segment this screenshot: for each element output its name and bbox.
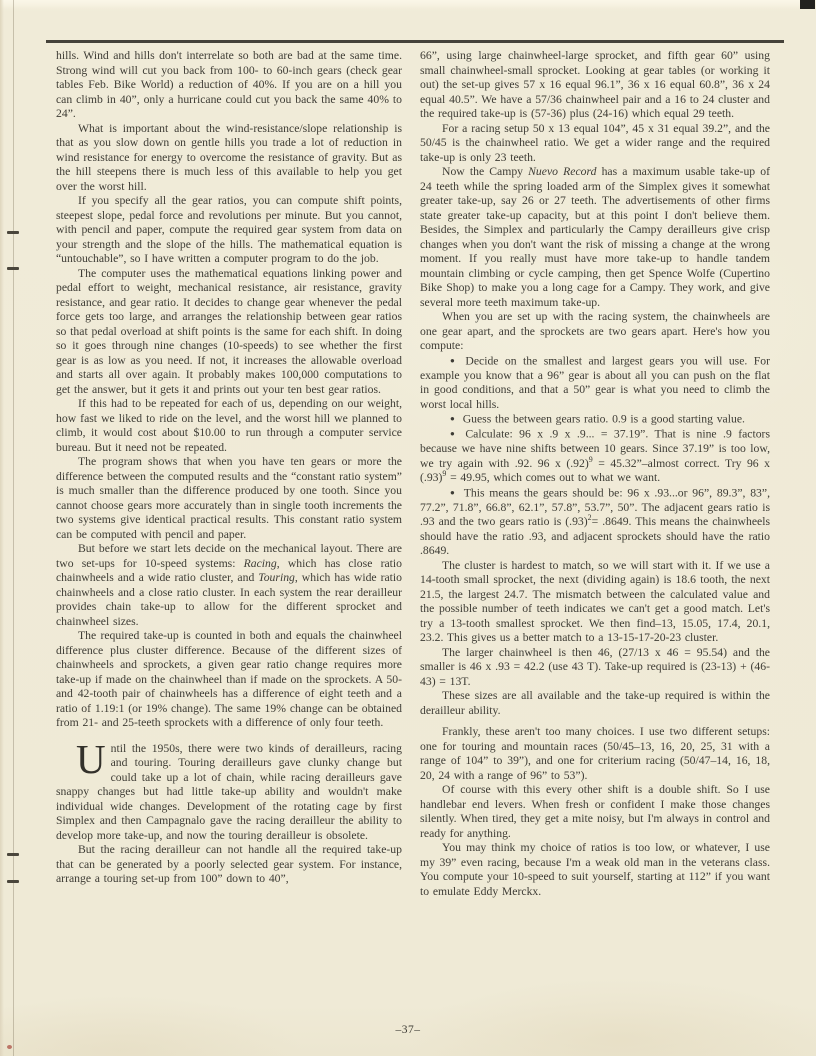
left-column: hills. Wind and hills don't interrelate … bbox=[56, 49, 402, 887]
paragraph: The larger chainwheel is then 46, (27/13… bbox=[420, 646, 770, 690]
paragraph: Until the 1950s, there were two kinds of… bbox=[56, 742, 402, 844]
paragraph: What is important about the wind-resista… bbox=[56, 122, 402, 195]
margin-tick-mark bbox=[7, 267, 19, 270]
margin-tick-mark bbox=[7, 231, 19, 234]
paragraph: For a racing setup 50 x 13 equal 104”, 4… bbox=[420, 122, 770, 166]
scanned-page: hills. Wind and hills don't interrelate … bbox=[0, 0, 816, 1056]
margin-tick-mark bbox=[7, 853, 19, 856]
bullet-icon: ● bbox=[450, 488, 458, 497]
paragraph: Now the Campy Nuevo Record has a maximum… bbox=[420, 165, 770, 310]
paragraph: The computer uses the mathematical equat… bbox=[56, 267, 402, 398]
binding-edge-line bbox=[13, 0, 14, 1056]
paragraph: The program shows that when you have ten… bbox=[56, 455, 402, 542]
paper-speck bbox=[7, 1045, 12, 1049]
margin-tick-mark bbox=[7, 880, 19, 883]
paragraph: These sizes are all available and the ta… bbox=[420, 689, 770, 718]
bullet-icon: ● bbox=[450, 414, 457, 423]
paragraph: When you are set up with the racing syst… bbox=[420, 310, 770, 354]
paragraph: The cluster is hardest to match, so we w… bbox=[420, 559, 770, 646]
page-number: –37– bbox=[0, 1024, 816, 1036]
drop-cap: U bbox=[56, 742, 111, 774]
paragraph: But the racing derailleur can not handle… bbox=[56, 843, 402, 887]
paragraph: Frankly, these aren't too many choices. … bbox=[420, 725, 770, 783]
paper-edge-top bbox=[0, 0, 816, 9]
bullet-icon: ● bbox=[450, 356, 460, 365]
bullet-paragraph: ● Calculate: 96 x .9 x .9... = 37.19”. T… bbox=[420, 427, 770, 486]
right-column: 66”, using large chainwheel-large sprock… bbox=[420, 49, 770, 899]
paragraph: If you specify all the gear ratios, you … bbox=[56, 194, 402, 267]
header-rule bbox=[46, 40, 784, 43]
bullet-paragraph: ● This means the gears should be: 96 x .… bbox=[420, 486, 770, 559]
bullet-icon: ● bbox=[450, 429, 460, 438]
bullet-paragraph: ● Decide on the smallest and largest gea… bbox=[420, 354, 770, 413]
paragraph: Of course with this every other shift is… bbox=[420, 783, 770, 841]
paragraph: hills. Wind and hills don't interrelate … bbox=[56, 49, 402, 122]
paragraph: The required take-up is counted in both … bbox=[56, 629, 402, 731]
paragraph: But before we start lets decide on the m… bbox=[56, 542, 402, 629]
paragraph: 66”, using large chainwheel-large sprock… bbox=[420, 49, 770, 122]
paragraph: If this had to be repeated for each of u… bbox=[56, 397, 402, 455]
corner-registration-mark bbox=[800, 0, 815, 9]
paper-edge-left bbox=[0, 0, 4, 1056]
bullet-paragraph: ● Guess the between gears ratio. 0.9 is … bbox=[420, 412, 770, 427]
paragraph: You may think my choice of ratios is too… bbox=[420, 841, 770, 899]
